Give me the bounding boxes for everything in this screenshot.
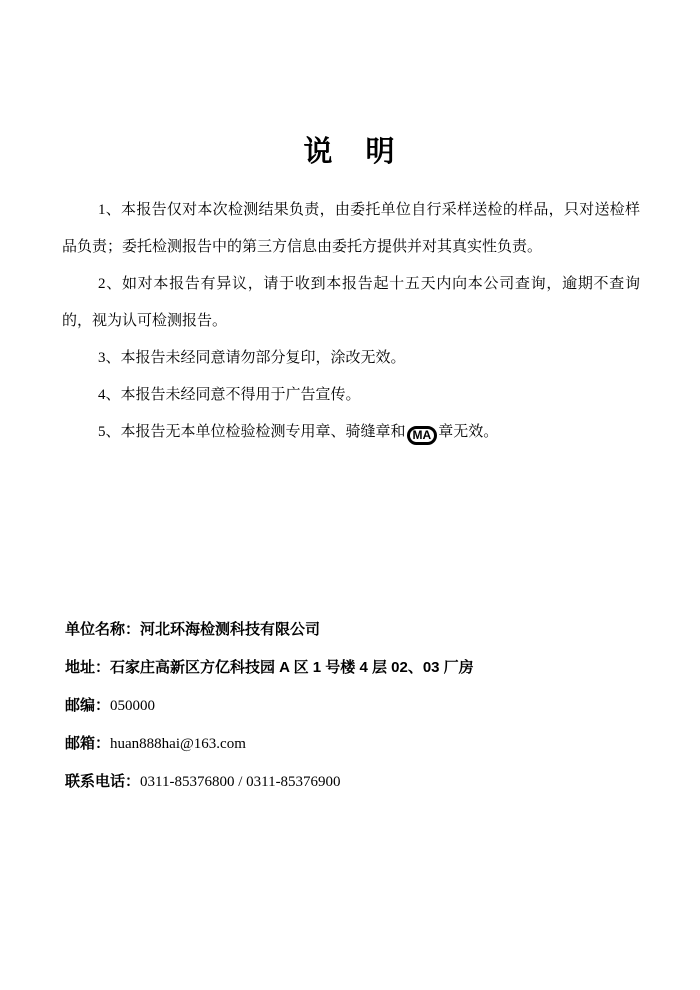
- contact-phone-line: 联系电话：0311-85376800 / 0311-85376900: [65, 763, 640, 801]
- cma-mark-icon: MA: [407, 426, 438, 445]
- page-title: 说 明: [0, 134, 700, 170]
- phone-value: 0311-85376800 / 0311-85376900: [140, 774, 341, 790]
- notes-section: 1、本报告仅对本次检测结果负责，由委托单位自行采样送检的样品，只对送检样品负责；…: [62, 192, 640, 451]
- postcode-label: 邮编：: [65, 697, 110, 714]
- company-name-label: 单位名称：: [65, 621, 140, 638]
- note-paragraph-4: 4、本报告未经同意不得用于广告宣传。: [62, 377, 640, 414]
- contact-block: 单位名称：河北环海检测科技有限公司 地址：石家庄高新区方亿科技园 A 区 1 号…: [65, 611, 640, 801]
- phone-label: 联系电话：: [65, 773, 140, 790]
- contact-email-line: 邮箱：huan888hai@163.com: [65, 725, 640, 763]
- note-paragraph-1: 1、本报告仅对本次检测结果负责，由委托单位自行采样送检的样品，只对送检样品负责；…: [62, 192, 640, 266]
- note-paragraph-3: 3、本报告未经同意请勿部分复印，涂改无效。: [62, 340, 640, 377]
- address-value: 石家庄高新区方亿科技园 A 区 1 号楼 4 层 02、03 厂房: [110, 659, 474, 676]
- contact-address-line: 地址：石家庄高新区方亿科技园 A 区 1 号楼 4 层 02、03 厂房: [65, 649, 640, 687]
- contact-company-line: 单位名称：河北环海检测科技有限公司: [65, 611, 640, 649]
- address-label: 地址：: [65, 659, 110, 676]
- note-paragraph-5: 5、本报告无本单位检验检测专用章、骑缝章和MA章无效。: [62, 414, 640, 451]
- email-value: huan888hai@163.com: [110, 736, 246, 752]
- postcode-value: 050000: [110, 698, 155, 714]
- note-5-text-before: 5、本报告无本单位检验检测专用章、骑缝章和: [98, 424, 406, 440]
- report-notes-page: 说 明 1、本报告仅对本次检测结果负责，由委托单位自行采样送检的样品，只对送检样…: [0, 0, 700, 990]
- company-name-value: 河北环海检测科技有限公司: [140, 621, 320, 638]
- contact-postcode-line: 邮编：050000: [65, 687, 640, 725]
- email-label: 邮箱：: [65, 735, 110, 752]
- note-paragraph-2: 2、如对本报告有异议，请于收到本报告起十五天内向本公司查询，逾期不查询的，视为认…: [62, 266, 640, 340]
- note-5-text-after: 章无效。: [438, 424, 498, 440]
